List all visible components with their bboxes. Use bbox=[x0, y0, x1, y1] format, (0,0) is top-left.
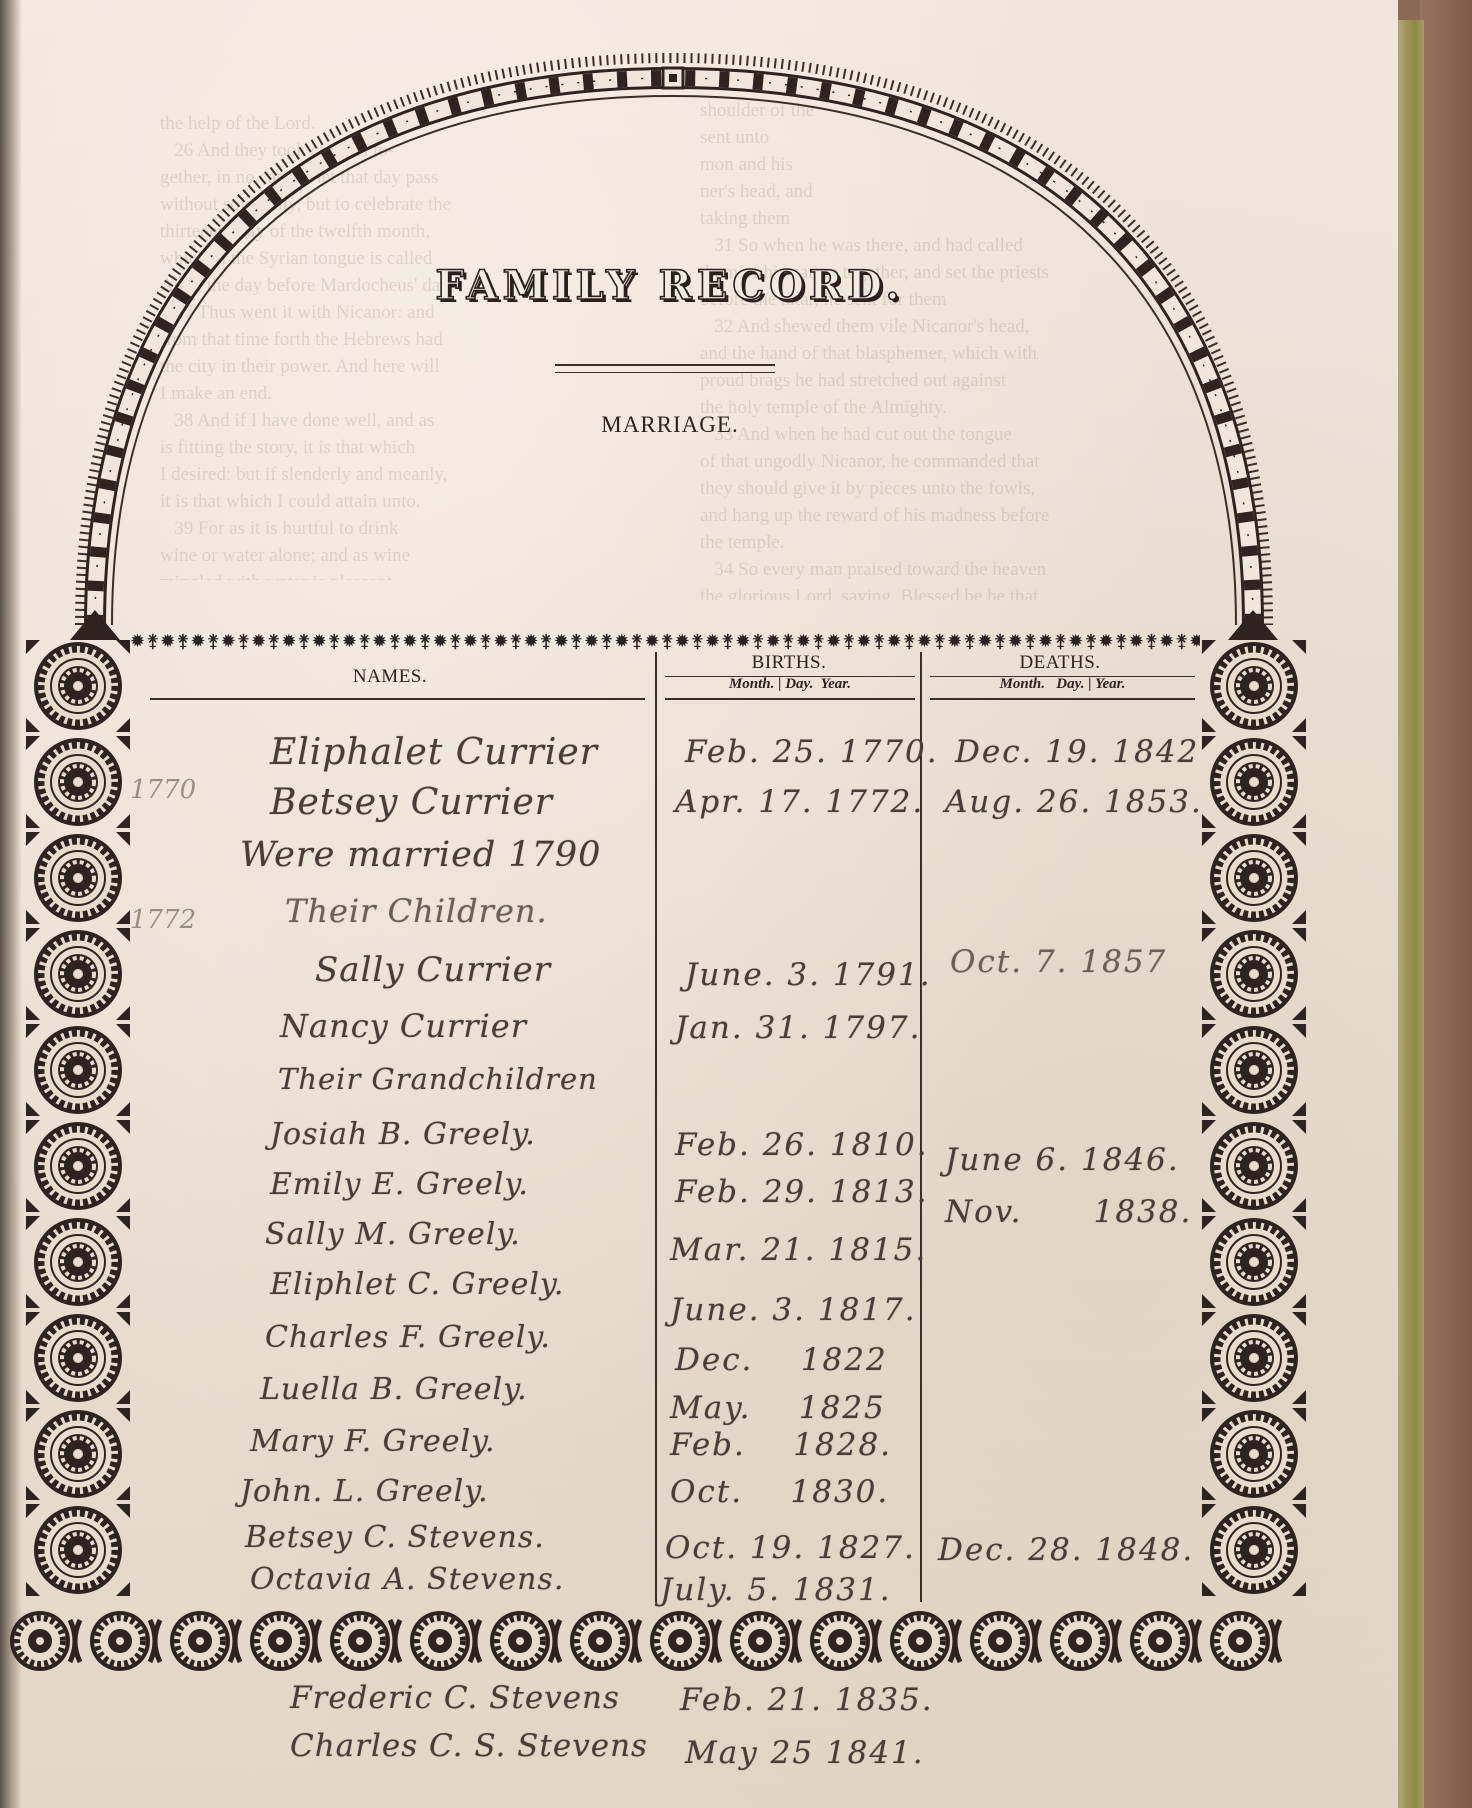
row-birth: Feb. 26. 1810. bbox=[675, 1127, 929, 1163]
row-birth: Feb. 1828. bbox=[670, 1427, 892, 1463]
margin-note: 1772 bbox=[130, 905, 196, 935]
row-name: Were married 1790 bbox=[240, 835, 601, 875]
row-death: Dec. 19. 1842 bbox=[955, 734, 1199, 770]
row-birth: May. 1825 bbox=[670, 1390, 886, 1426]
row-birth: Mar. 21. 1815. bbox=[670, 1232, 927, 1268]
rosette-border-left bbox=[24, 638, 132, 1613]
row-name: Their Grandchildren bbox=[278, 1062, 598, 1096]
column-divider-names-births bbox=[655, 652, 657, 1602]
family-record-page: the help of the Lord. 26 And they took c… bbox=[0, 0, 1398, 1808]
births-day-label: Day. bbox=[785, 676, 813, 692]
row-death: Nov. 1838. bbox=[945, 1194, 1192, 1230]
header-deaths-subcolumns: Month. Day. | Year. bbox=[930, 676, 1195, 693]
row-name: Sally Currier bbox=[315, 950, 551, 990]
header-names: NAMES. bbox=[130, 666, 650, 688]
header-rule-names bbox=[150, 698, 645, 700]
below-entry-name: Charles C. S. Stevens bbox=[290, 1728, 648, 1764]
row-name: John. L. Greely. bbox=[240, 1474, 489, 1509]
header-rule-births bbox=[665, 698, 915, 700]
below-entry-name: Frederic C. Stevens bbox=[290, 1680, 620, 1716]
row-name: Josiah B. Greely. bbox=[270, 1117, 536, 1152]
gilt-page-edge bbox=[1396, 20, 1424, 1808]
row-death: Aug. 26. 1853. bbox=[945, 784, 1203, 820]
row-name: Nancy Currier bbox=[280, 1007, 527, 1045]
deaths-day-label: Day. bbox=[1056, 676, 1084, 692]
row-name: Emily E. Greely. bbox=[270, 1167, 529, 1202]
births-year-label: Year. bbox=[821, 676, 851, 692]
arch-ornament bbox=[0, 0, 1398, 660]
row-death: June 6. 1846. bbox=[945, 1142, 1180, 1178]
header-births-subcolumns: Month. | Day. Year. bbox=[665, 676, 915, 693]
row-birth: June. 3. 1817. bbox=[670, 1292, 917, 1328]
row-name: Charles F. Greely. bbox=[265, 1320, 551, 1355]
row-name: Octavia A. Stevens. bbox=[250, 1562, 564, 1597]
row-name: Mary F. Greely. bbox=[250, 1424, 496, 1459]
margin-note: 1770 bbox=[130, 775, 196, 805]
row-name: Luella B. Greely. bbox=[260, 1372, 528, 1407]
row-birth: Dec. 1822 bbox=[675, 1342, 888, 1378]
family-record-table: NAMES. BIRTHS. Month. | Day. Year. DEATH… bbox=[130, 652, 1200, 1602]
row-birth: Oct. 19. 1827. bbox=[665, 1530, 916, 1566]
rosette-border-bottom bbox=[0, 1600, 1320, 1682]
page-title: FAMILY RECORD. bbox=[0, 262, 1340, 309]
below-entry-birth: May 25 1841. bbox=[685, 1735, 925, 1771]
deaths-year-label: Year. bbox=[1095, 676, 1125, 692]
births-month-label: Month. bbox=[729, 676, 774, 692]
row-birth: June. 3. 1791. bbox=[685, 957, 932, 993]
header-deaths: DEATHS. bbox=[925, 652, 1195, 674]
rosette-border-right bbox=[1200, 638, 1308, 1613]
book-cover bbox=[1420, 0, 1472, 1808]
row-name: Their Children. bbox=[285, 892, 548, 930]
row-death: Oct. 7. 1857 bbox=[950, 944, 1167, 980]
below-entry-birth: Feb. 21. 1835. bbox=[680, 1682, 934, 1718]
row-name: Sally M. Greely. bbox=[265, 1217, 521, 1252]
title-double-rule bbox=[555, 364, 775, 373]
row-birth: Feb. 25. 1770. bbox=[685, 734, 939, 770]
row-birth: Jan. 31. 1797. bbox=[675, 1010, 921, 1046]
row-name: Eliphalet Currier bbox=[270, 732, 598, 773]
row-name: Eliphlet C. Greely. bbox=[270, 1267, 564, 1302]
row-name: Betsey Currier bbox=[270, 782, 553, 823]
row-name: Betsey C. Stevens. bbox=[245, 1520, 545, 1555]
header-rule-deaths bbox=[930, 698, 1195, 700]
header-births: BIRTHS. bbox=[660, 652, 918, 674]
deaths-month-label: Month. bbox=[1000, 676, 1045, 692]
row-birth: Oct. 1830. bbox=[670, 1474, 889, 1510]
row-birth: Feb. 29. 1813. bbox=[675, 1174, 929, 1210]
star-border-top: ✹⚵✹⚵✹⚵✹⚵✹⚵✹⚵✹⚵✹⚵✹⚵✹⚵✹⚵✹⚵✹⚵✹⚵✹⚵✹⚵✹⚵✹⚵✹⚵✹⚵… bbox=[130, 630, 1200, 652]
section-heading-marriage: MARRIAGE. bbox=[0, 412, 1340, 438]
row-death: Dec. 28. 1848. bbox=[938, 1532, 1194, 1568]
row-birth: Apr. 17. 1772. bbox=[675, 784, 924, 820]
